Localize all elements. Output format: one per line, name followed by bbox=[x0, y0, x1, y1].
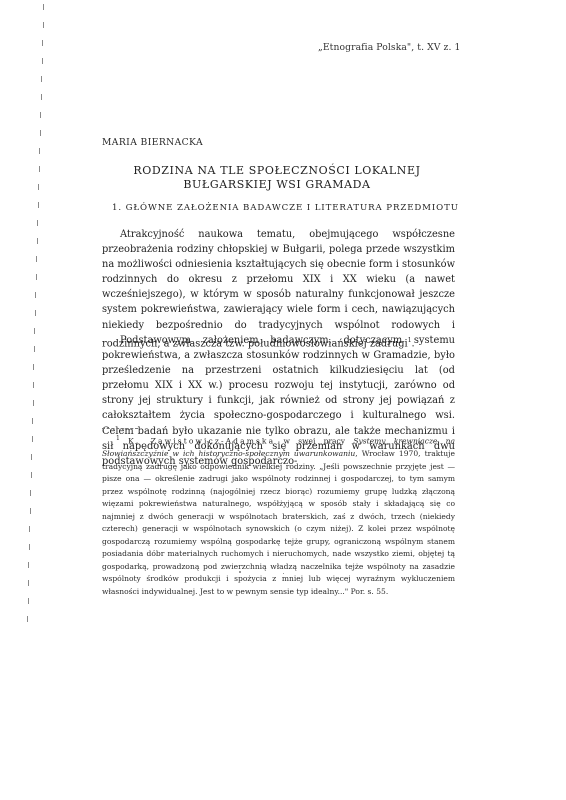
scan-speck bbox=[378, 553, 379, 554]
footnote-divider bbox=[102, 428, 138, 429]
scan-speck bbox=[239, 571, 241, 573]
title-line-1: RODZINA NA TLE SPOŁECZNOŚCI LOKALNEJ bbox=[102, 164, 452, 178]
footnote-text: , Wrocław 1970, traktuje tradycyjną zadr… bbox=[102, 449, 455, 596]
article-title: RODZINA NA TLE SPOŁECZNOŚCI LOKALNEJ BUŁ… bbox=[102, 164, 452, 191]
footnote-1: 1 K. Zawistowicz-Adamska w swej pracy Sy… bbox=[102, 433, 455, 598]
scan-speck bbox=[283, 573, 284, 574]
paragraph-1-text: Atrakcyjność naukowa tematu, obejmująceg… bbox=[102, 229, 455, 349]
journal-reference: „Etnografia Polska", t. XV z. 1 bbox=[318, 42, 460, 53]
section-heading: 1. GŁÓWNE ZAŁOŻENIA BADAWCZE I LITERATUR… bbox=[112, 203, 459, 213]
binding-margin-marks bbox=[16, 0, 20, 225]
author-name: MARIA BIERNACKA bbox=[102, 137, 203, 148]
footnote-number: 1 bbox=[116, 435, 120, 442]
footnote-author: K. Zawistowicz-Adamska bbox=[128, 437, 275, 446]
title-line-2: BUŁGARSKIEJ WSI GRAMADA bbox=[102, 178, 452, 192]
